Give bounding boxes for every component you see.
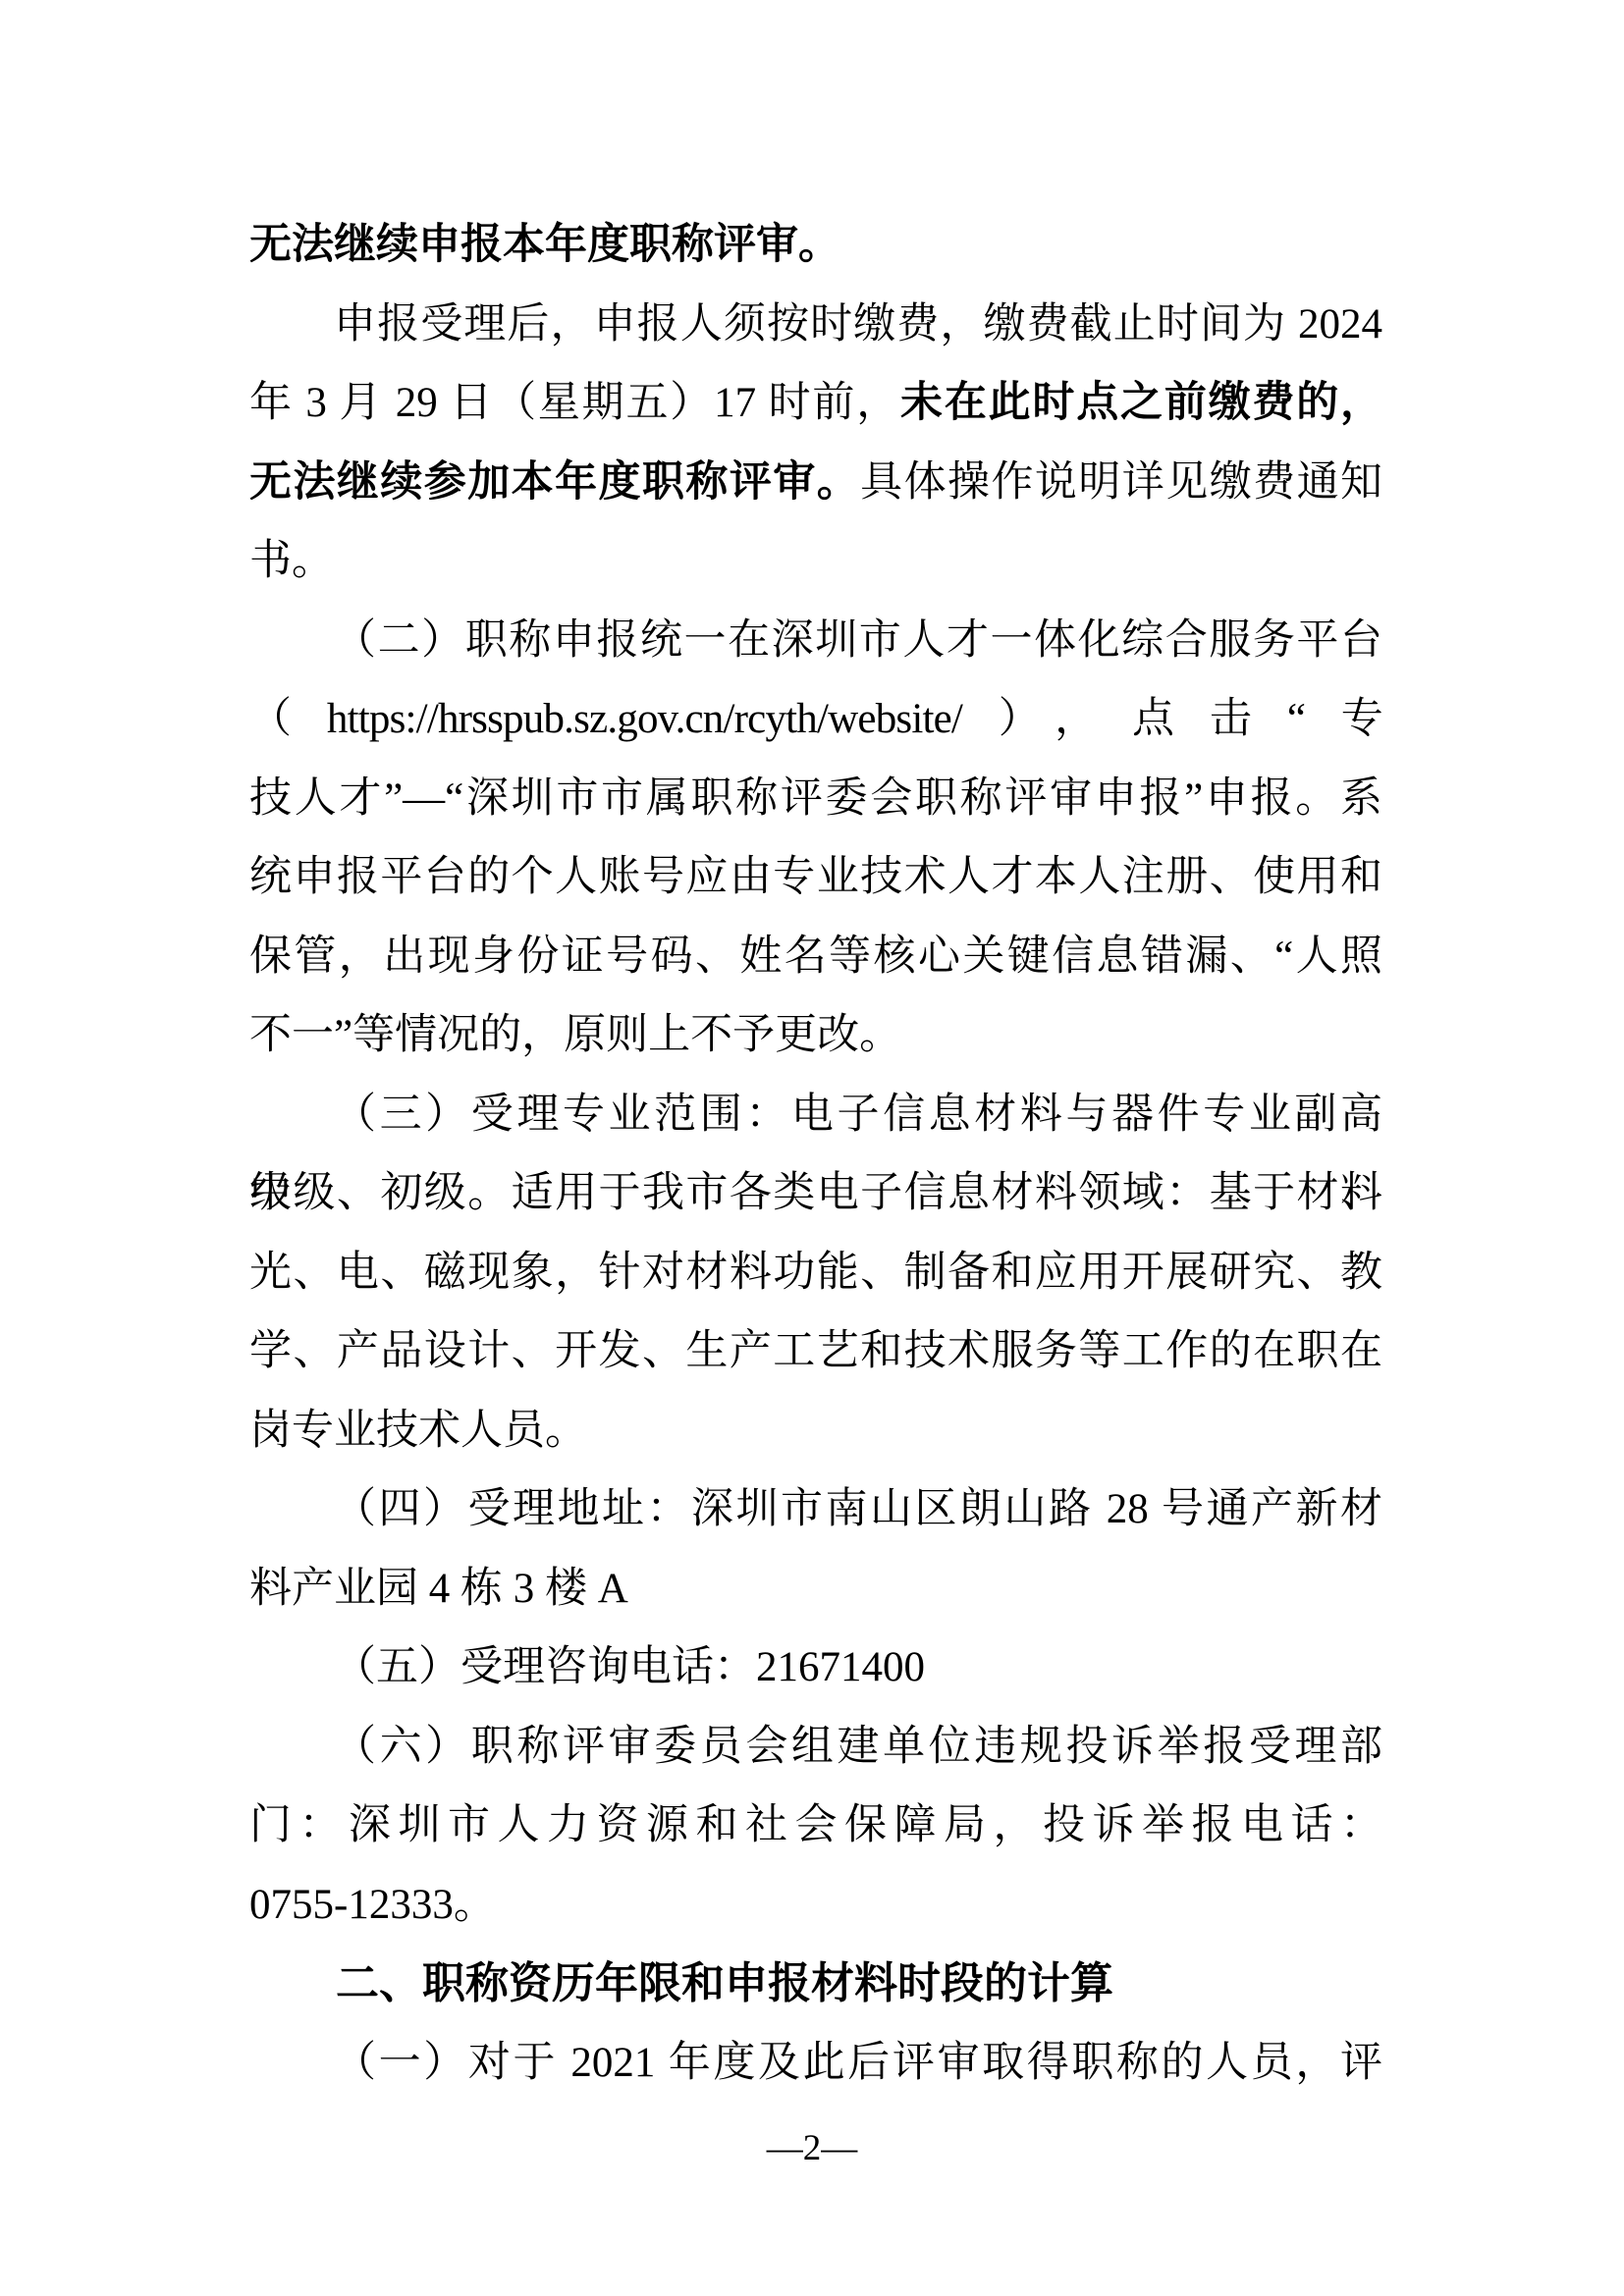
doc-line: 学、产品设计、开发、生产工艺和技术服务等工作的在职在: [249, 1312, 1382, 1392]
text-segment: （六）职称评审委员会组建单位违规投诉举报受理部: [334, 1724, 1382, 1770]
text-segment: 不一”等情况的，原则上不予更改。: [249, 1012, 901, 1058]
text-segment: 无法继续申报本年度职称评审。: [249, 222, 840, 268]
doc-line: 岗专业技术人员。: [249, 1392, 1382, 1471]
text-segment: 保管，出现身份证号码、姓名等核心关键信息错漏、“人照: [249, 934, 1382, 980]
text-segment: （四）受理地址：深圳市南山区朗山路 28 号通产新材: [334, 1486, 1382, 1532]
text-segment: 未在此时点之前缴费的，: [900, 380, 1382, 426]
text-segment: （五）受理咨询电话：21671400: [334, 1644, 925, 1690]
text-segment: 光、电、磁现象，针对材料功能、制备和应用开展研究、教: [249, 1250, 1382, 1296]
doc-line: 光、电、磁现象，针对材料功能、制备和应用开展研究、教: [249, 1234, 1382, 1313]
document-body: 无法继续申报本年度职称评审。 申报受理后，申报人须按时缴费，缴费截止时间为 20…: [249, 206, 1382, 2103]
doc-line: 门：深圳市人力资源和社会保障局，投诉举报电话：: [249, 1787, 1382, 1866]
doc-line-url: （https://hrsspub.sz.gov.cn/rcyth/website…: [249, 680, 1382, 760]
text-segment: 岗专业技术人员。: [249, 1408, 587, 1454]
doc-line-item-1: （一）对于 2021 年度及此后评审取得职称的人员，评: [249, 2024, 1382, 2104]
text-segment: 年 3 月 29 日（星期五）17 时前，: [249, 380, 900, 426]
text-segment: 统申报平台的个人账号应由专业技术人才本人注册、使用和: [249, 854, 1382, 900]
text-segment: （一）对于 2021 年度及此后评审取得职称的人员，评: [334, 2040, 1382, 2086]
text-segment: 门：深圳市人力资源和社会保障局，投诉举报电话：: [249, 1802, 1382, 1848]
doc-line-warning: 无法继续申报本年度职称评审。: [249, 206, 1382, 286]
doc-line: 无法继续参加本年度职称评审。具体操作说明详见缴费通知: [249, 444, 1382, 523]
doc-line: 不一”等情况的，原则上不予更改。: [249, 996, 1382, 1076]
text-segment: 料产业园 4 栋 3 楼 A: [249, 1566, 628, 1612]
doc-line-item-6: （六）职称评审委员会组建单位违规投诉举报受理部: [249, 1708, 1382, 1788]
page-number: —2—: [0, 2124, 1624, 2173]
doc-line-item-4: （四）受理地址：深圳市南山区朗山路 28 号通产新材: [249, 1470, 1382, 1550]
text-segment: （https://hrsspub.sz.gov.cn/rcyth/website…: [249, 696, 1382, 742]
text-segment: 申报受理后，申报人须按时缴费，缴费截止时间为 2024: [334, 301, 1382, 347]
doc-line-item-5: （五）受理咨询电话：21671400: [249, 1629, 1382, 1708]
text-segment: 学、产品设计、开发、生产工艺和技术服务等工作的在职在: [249, 1328, 1382, 1374]
text-segment: 二、职称资历年限和申报材料时段的计算: [336, 1959, 1113, 2007]
text-segment: 书。: [249, 538, 334, 584]
text-segment: 具体操作说明详见缴费通知: [860, 459, 1382, 506]
doc-line: 0755-12333。: [249, 1866, 1382, 1946]
doc-line-item-2: （二）职称申报统一在深圳市人才一体化综合服务平台: [249, 602, 1382, 681]
text-segment: 技人才”—“深圳市市属职称评委会职称评审申报”申报。系: [249, 775, 1382, 822]
text-segment: 0755-12333。: [249, 1882, 496, 1928]
doc-line: 技人才”—“深圳市市属职称评委会职称评审申报”申报。系: [249, 760, 1382, 839]
doc-line: 申报受理后，申报人须按时缴费，缴费截止时间为 2024: [249, 286, 1382, 365]
doc-line: 中级、初级。适用于我市各类电子信息材料领域：基于材料: [249, 1154, 1382, 1234]
doc-line: 保管，出现身份证号码、姓名等核心关键信息错漏、“人照: [249, 918, 1382, 997]
text-segment: 无法继续参加本年度职称评审。: [249, 459, 860, 506]
doc-line: 料产业园 4 栋 3 楼 A: [249, 1550, 1382, 1629]
doc-line-item-3: （三）受理专业范围：电子信息材料与器件专业副高级、: [249, 1076, 1382, 1155]
doc-line: 统申报平台的个人账号应由专业技术人才本人注册、使用和: [249, 838, 1382, 918]
text-segment: 中级、初级。适用于我市各类电子信息材料领域：基于材料: [249, 1170, 1382, 1216]
doc-line: 书。: [249, 522, 1382, 602]
text-segment: （二）职称申报统一在深圳市人才一体化综合服务平台: [334, 617, 1382, 664]
section-heading-2: 二、职称资历年限和申报材料时段的计算: [249, 1945, 1382, 2024]
document-page: { "page": { "footer_page_number": "—2—" …: [0, 0, 1624, 2296]
doc-line: 年 3 月 29 日（星期五）17 时前，未在此时点之前缴费的，: [249, 364, 1382, 444]
